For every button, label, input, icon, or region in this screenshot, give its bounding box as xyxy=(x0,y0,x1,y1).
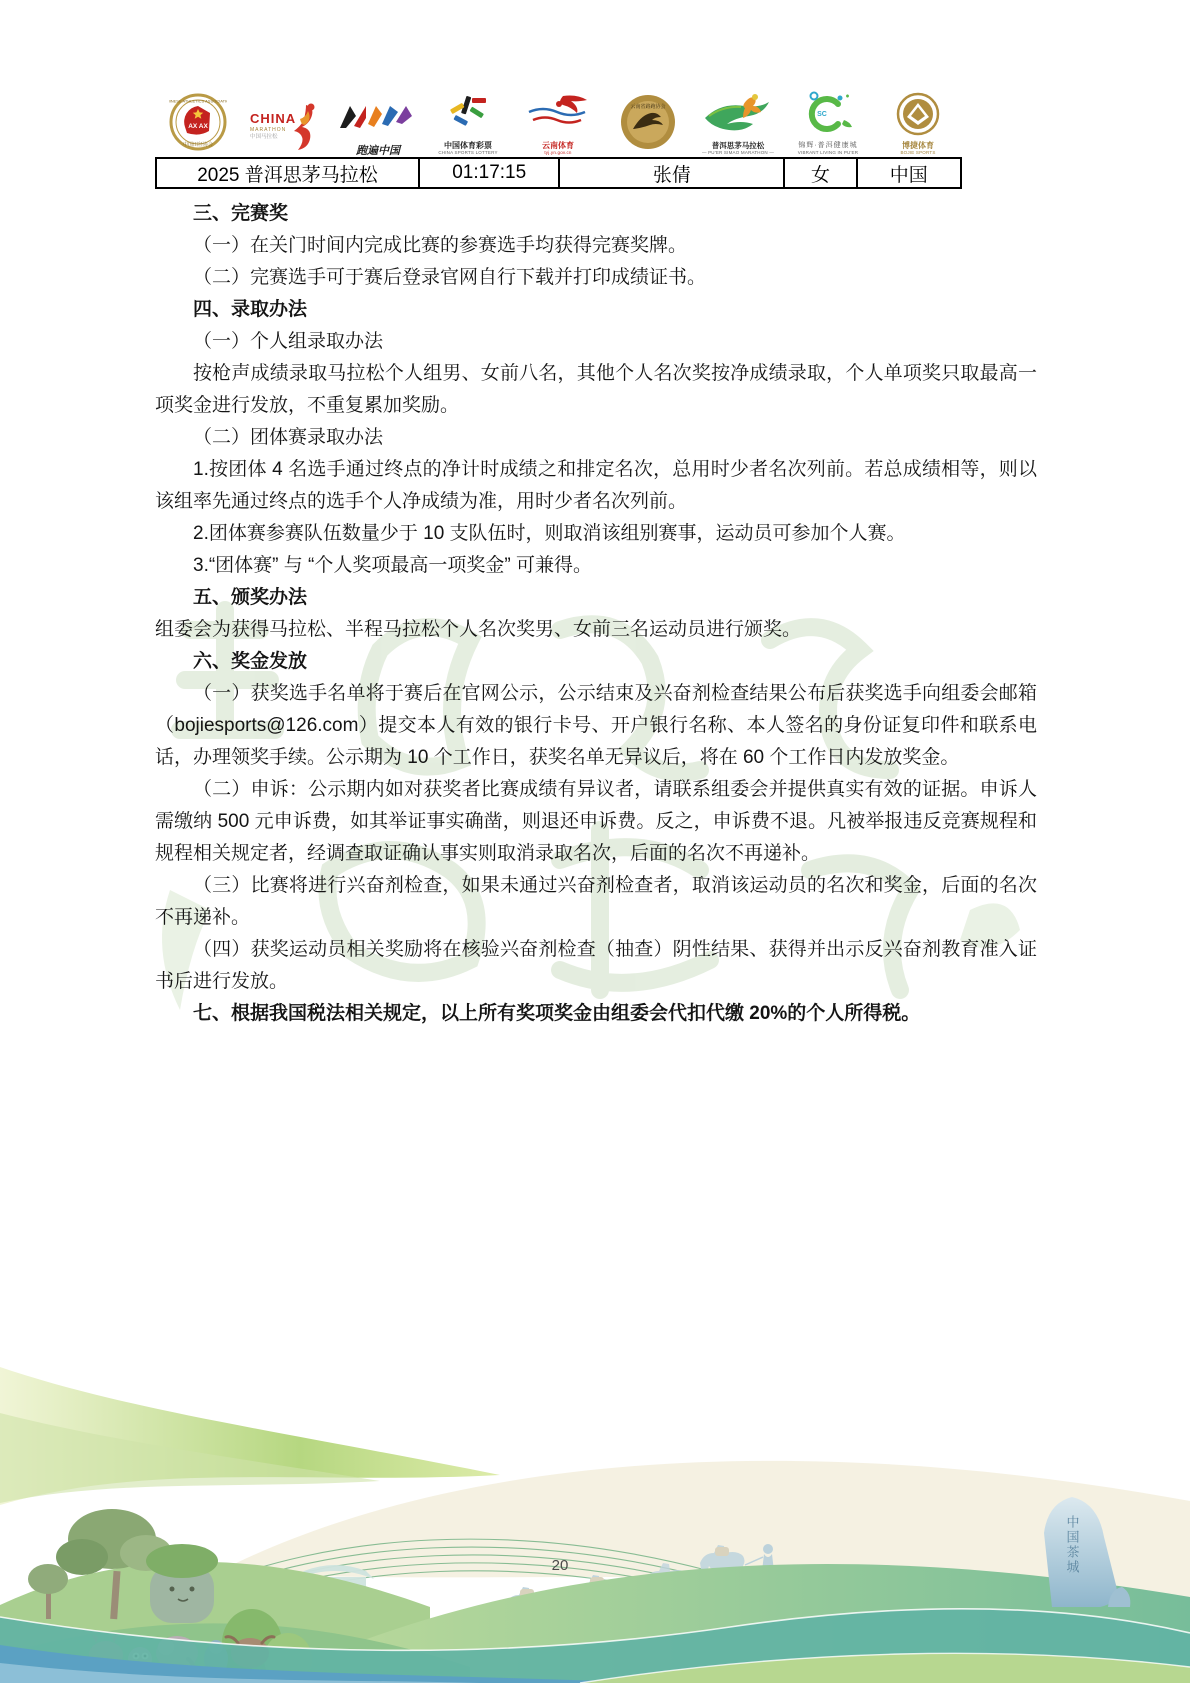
result-table-row: 2025 普洱思茅马拉松 01:17:15 张倩 女 中国 xyxy=(155,157,962,189)
paragraph: 组委会为获得马拉松、半程马拉松个人名次奖男、女前三名运动员进行颁奖。 xyxy=(155,614,1037,646)
logo-yunnan-road-running-association: 云南省路跑协会 xyxy=(605,82,691,156)
result-cell-event: 2025 普洱思茅马拉松 xyxy=(157,159,418,187)
sports-lottery-subcaption: CHINA SPORTS LOTTERY xyxy=(438,150,497,156)
logo-china-sports-lottery: 中国体育彩票 CHINA SPORTS LOTTERY xyxy=(425,82,511,156)
paragraph: （二）完赛选手可于赛后登录官网自行下载并打印成绩证书。 xyxy=(155,262,1037,294)
paragraph: （一）个人组录取办法 xyxy=(155,326,1037,358)
paragraph: （一）在关门时间内完成比赛的参赛选手均获得完赛奖牌。 xyxy=(155,230,1037,262)
paragraph: 2.团体赛参赛队伍数量少于 10 支队伍时，则取消该组别赛事，运动员可参加个人赛… xyxy=(155,518,1037,550)
bojie-mountain-icon xyxy=(896,92,940,141)
paragraph: 1.按团体 4 名选手通过终点的净计时成绩之和排定名次，总用时少者名次列前。若总… xyxy=(155,454,1037,518)
bojie-subcaption: BOJIE SPORTS xyxy=(900,150,935,156)
sponsor-logo-strip: AX AX CHINESE ATHLETICS ASSOCIATION 中国田径… xyxy=(155,82,961,156)
footer-illustration: 中国茶城 xyxy=(0,1353,1190,1683)
svg-text:AX AX: AX AX xyxy=(188,123,208,130)
paragraph: （一）获奖选手名单将于赛后在官网公示，公示结束及兴奋剂检查结果公布后获奖选手向组… xyxy=(155,678,1037,774)
logo-china-marathon: CHINA MARATHON 中国马拉松 xyxy=(245,82,331,156)
result-cell-time: 01:17:15 xyxy=(418,159,559,187)
result-cell-country: 中国 xyxy=(856,159,960,187)
paragraph: （二）团体赛录取办法 xyxy=(155,422,1037,454)
leaf-swoosh xyxy=(0,1367,500,1505)
caa-seal-icon: AX AX CHINESE ATHLETICS ASSOCIATION 中国田径… xyxy=(169,93,227,156)
yunnan-road-running-seal-icon: 云南省路跑协会 xyxy=(619,93,677,156)
china-marathon-runner-icon: CHINA MARATHON 中国马拉松 xyxy=(248,101,328,156)
yunnan-sports-subcaption: tyj.yn.gov.cn xyxy=(544,150,571,156)
sports-lottery-sticks-icon xyxy=(442,94,494,141)
section-heading: 四、录取办法 xyxy=(155,294,1037,326)
health-city-subcaption: VIBRANT LIVING IN PU'ER xyxy=(798,150,858,156)
paragraph: （三）比赛将进行兴奋剂检查，如果未通过兴奋剂检查者，取消该运动员的名次和奖金，后… xyxy=(155,870,1037,934)
paragraph: 按枪声成绩录取马拉松个人组男、女前八名，其他个人名次奖按净成绩录取，个人单项奖只… xyxy=(155,358,1037,422)
yunnan-road-running-seal-text: 云南省路跑协会 xyxy=(630,103,665,110)
svg-text:中国马拉松: 中国马拉松 xyxy=(250,132,278,140)
moss-creature xyxy=(146,1544,218,1623)
run-across-china-caption: 跑遍中国 xyxy=(356,147,400,156)
result-cell-name: 张倩 xyxy=(558,159,783,187)
paragraph: （二）申诉：公示期内如对获奖者比赛成绩有异议者，请联系组委会并提供真实有效的证据… xyxy=(155,774,1037,870)
svg-text:CHINA: CHINA xyxy=(250,111,296,126)
section-heading: 三、完赛奖 xyxy=(155,198,1037,230)
logo-jinhui-puer-health-city: SC 锦辉·普洱健康城 VIBRANT LIVING IN PU'ER xyxy=(785,82,871,156)
regulations-text: 三、完赛奖（一）在关门时间内完成比赛的参赛选手均获得完赛奖牌。（二）完赛选手可于… xyxy=(155,198,1037,1030)
caa-arc-top-text: CHINESE ATHLETICS ASSOCIATION xyxy=(169,99,227,104)
logo-run-across-china: 跑遍中国 xyxy=(335,82,421,156)
section-heading: 六、奖金发放 xyxy=(155,646,1037,678)
paragraph: （四）获奖运动员相关奖励将在核验兴奋剂检查（抽查）阴性结果、获得并出示反兴奋剂教… xyxy=(155,934,1037,998)
health-city-c-icon: SC xyxy=(800,90,856,141)
yunnan-sports-torch-icon xyxy=(523,94,593,141)
section-heading: 五、颁奖办法 xyxy=(155,582,1037,614)
logo-chinese-athletics-association: AX AX CHINESE ATHLETICS ASSOCIATION 中国田径… xyxy=(155,82,241,156)
result-cell-gender: 女 xyxy=(783,159,855,187)
svg-text:MARATHON: MARATHON xyxy=(250,127,286,133)
logo-yunnan-sports: 云南体育 tyj.yn.gov.cn xyxy=(515,82,601,156)
puer-simao-subcaption: — PU'ER SIMAO MARATHON — xyxy=(702,150,774,156)
sports-lottery-caption: 中国体育彩票 xyxy=(444,141,492,150)
caa-arc-bottom-text: 中国田径协会 xyxy=(183,141,213,148)
page-number: 20 xyxy=(530,1557,590,1574)
section-heading: 七、根据我国税法相关规定，以上所有奖项奖金由组委会代扣代缴 20%的个人所得税。 xyxy=(155,998,1037,1030)
run-across-china-glyphs-icon xyxy=(336,102,420,147)
yunnan-sports-caption: 云南体育 xyxy=(542,141,574,150)
puer-simao-caption: 普洱思茅马拉松 xyxy=(712,141,765,150)
bojie-caption: 博捷体育 xyxy=(902,141,934,150)
logo-bojie-sports: 博捷体育 BOJIE SPORTS xyxy=(875,82,961,156)
logo-puer-simao-marathon: 普洱思茅马拉松 — PU'ER SIMAO MARATHON — xyxy=(695,82,781,156)
monument-text: 中国茶城 xyxy=(1065,1514,1080,1575)
svg-text:SC: SC xyxy=(817,111,827,118)
health-city-caption: 锦辉·普洱健康城 xyxy=(798,141,857,150)
puer-simao-leaf-runner-icon xyxy=(699,92,777,141)
paragraph: 3.“团体赛” 与 “个人奖项最高一项奖金” 可兼得。 xyxy=(155,550,1037,582)
